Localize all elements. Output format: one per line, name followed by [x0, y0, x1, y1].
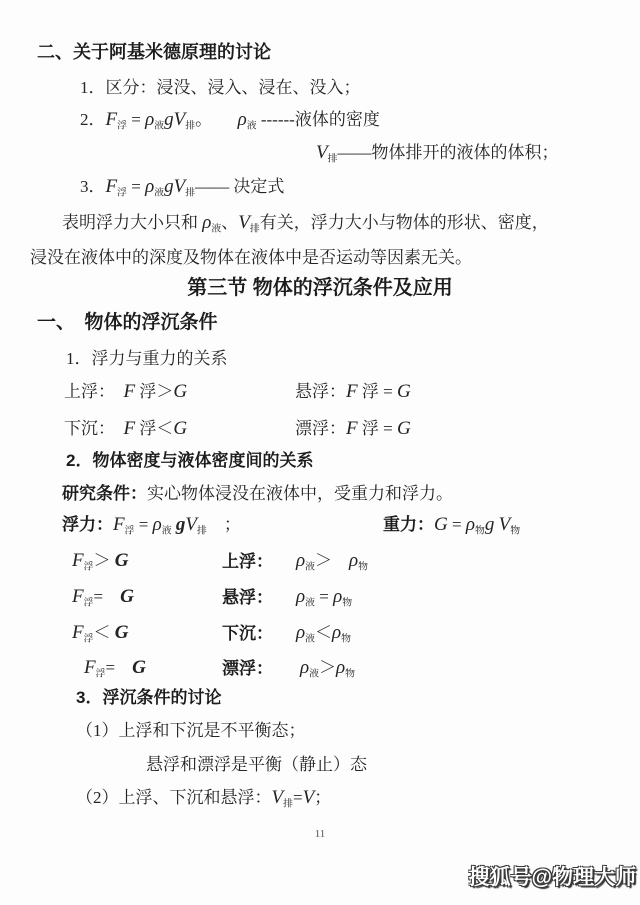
- section-heading-float-sink: 一、 物体的浮沉条件: [37, 312, 218, 334]
- compare-row3-force: F浮＜ G: [72, 622, 129, 645]
- watermark-sohu-physics-master: 搜狐号@物理大师: [469, 866, 636, 891]
- formula-buoyancy-definition: 2．F浮 = ρ液gV排。 ρ液 ------液体的密度: [80, 109, 380, 132]
- paragraph-buoyancy-depends-line1: 表明浮力大小只和 ρ液、V排有关，浮力大小与物体的形状、密度，: [62, 212, 549, 235]
- compare-row3-label: 下沉：: [222, 624, 273, 644]
- relation-rise: 上浮： F 浮＞G: [64, 381, 187, 403]
- compare-row4-label: 漂浮：: [222, 659, 273, 679]
- subheading-buoyancy-gravity-relation: 1．浮力与重力的关系: [66, 349, 228, 369]
- chapter-title-float-sink-conditions: 第三节 物体的浮沉条件及应用: [0, 277, 640, 301]
- formula-gravity-force: 重力：G = ρ物g V物: [383, 514, 520, 537]
- compare-row2-label: 悬浮：: [222, 588, 273, 608]
- relation-float: 漂浮：F 浮 = G: [295, 418, 411, 440]
- relation-suspend: 悬浮：F 浮 = G: [295, 381, 411, 403]
- compare-row2-force: F浮= G: [72, 586, 134, 609]
- compare-row4-density: ρ液＞ρ物: [300, 657, 355, 680]
- discussion-item-1: （1）上浮和下沉是不平衡态；: [76, 721, 306, 741]
- relation-sink: 下沉： F 浮＜G: [64, 418, 187, 440]
- compare-row1-density: ρ液＞ ρ物: [296, 550, 368, 573]
- formula-decisive-expression: 3．F浮 = ρ液gV排—— 决定式: [80, 176, 284, 199]
- subheading-density-relation: 2．物体密度与液体密度间的关系: [66, 451, 313, 471]
- compare-row1-force: F浮＞ G: [72, 550, 129, 573]
- section-heading-archimedes-discussion: 二、关于阿基米德原理的讨论: [37, 42, 271, 63]
- subheading-discussion: 3．浮沉条件的讨论: [76, 688, 221, 708]
- paragraph-buoyancy-depends-line2: 浸没在液体中的深度及物体在液体中是否运动等因素无关。: [30, 248, 472, 268]
- discussion-item-1-continued: 悬浮和漂浮是平衡（静止）态: [146, 755, 367, 775]
- list-item-distinguish-terms: 1．区分：浸没、浸入、浸在、没入；: [80, 78, 361, 98]
- compare-row2-density: ρ液 = ρ物: [296, 586, 352, 609]
- document-page: 二、关于阿基米德原理的讨论 1．区分：浸没、浸入、浸在、没入； 2．F浮 = ρ…: [0, 0, 640, 905]
- note-displaced-volume: V排——物体排开的液体的体积；: [316, 142, 559, 165]
- formula-buoyancy-force: 浮力：F浮 = ρ液 gV排 ；: [62, 514, 241, 537]
- research-condition-line: 研究条件：实心物体浸没在液体中，受重力和浮力。: [62, 484, 453, 504]
- compare-row3-density: ρ液＜ρ物: [296, 622, 351, 645]
- discussion-item-2: （2）上浮、下沉和悬浮：V排=V；: [76, 787, 331, 810]
- compare-row4-force: F浮= G: [84, 657, 146, 680]
- compare-row1-label: 上浮：: [222, 552, 273, 572]
- page-number: 11: [0, 828, 640, 841]
